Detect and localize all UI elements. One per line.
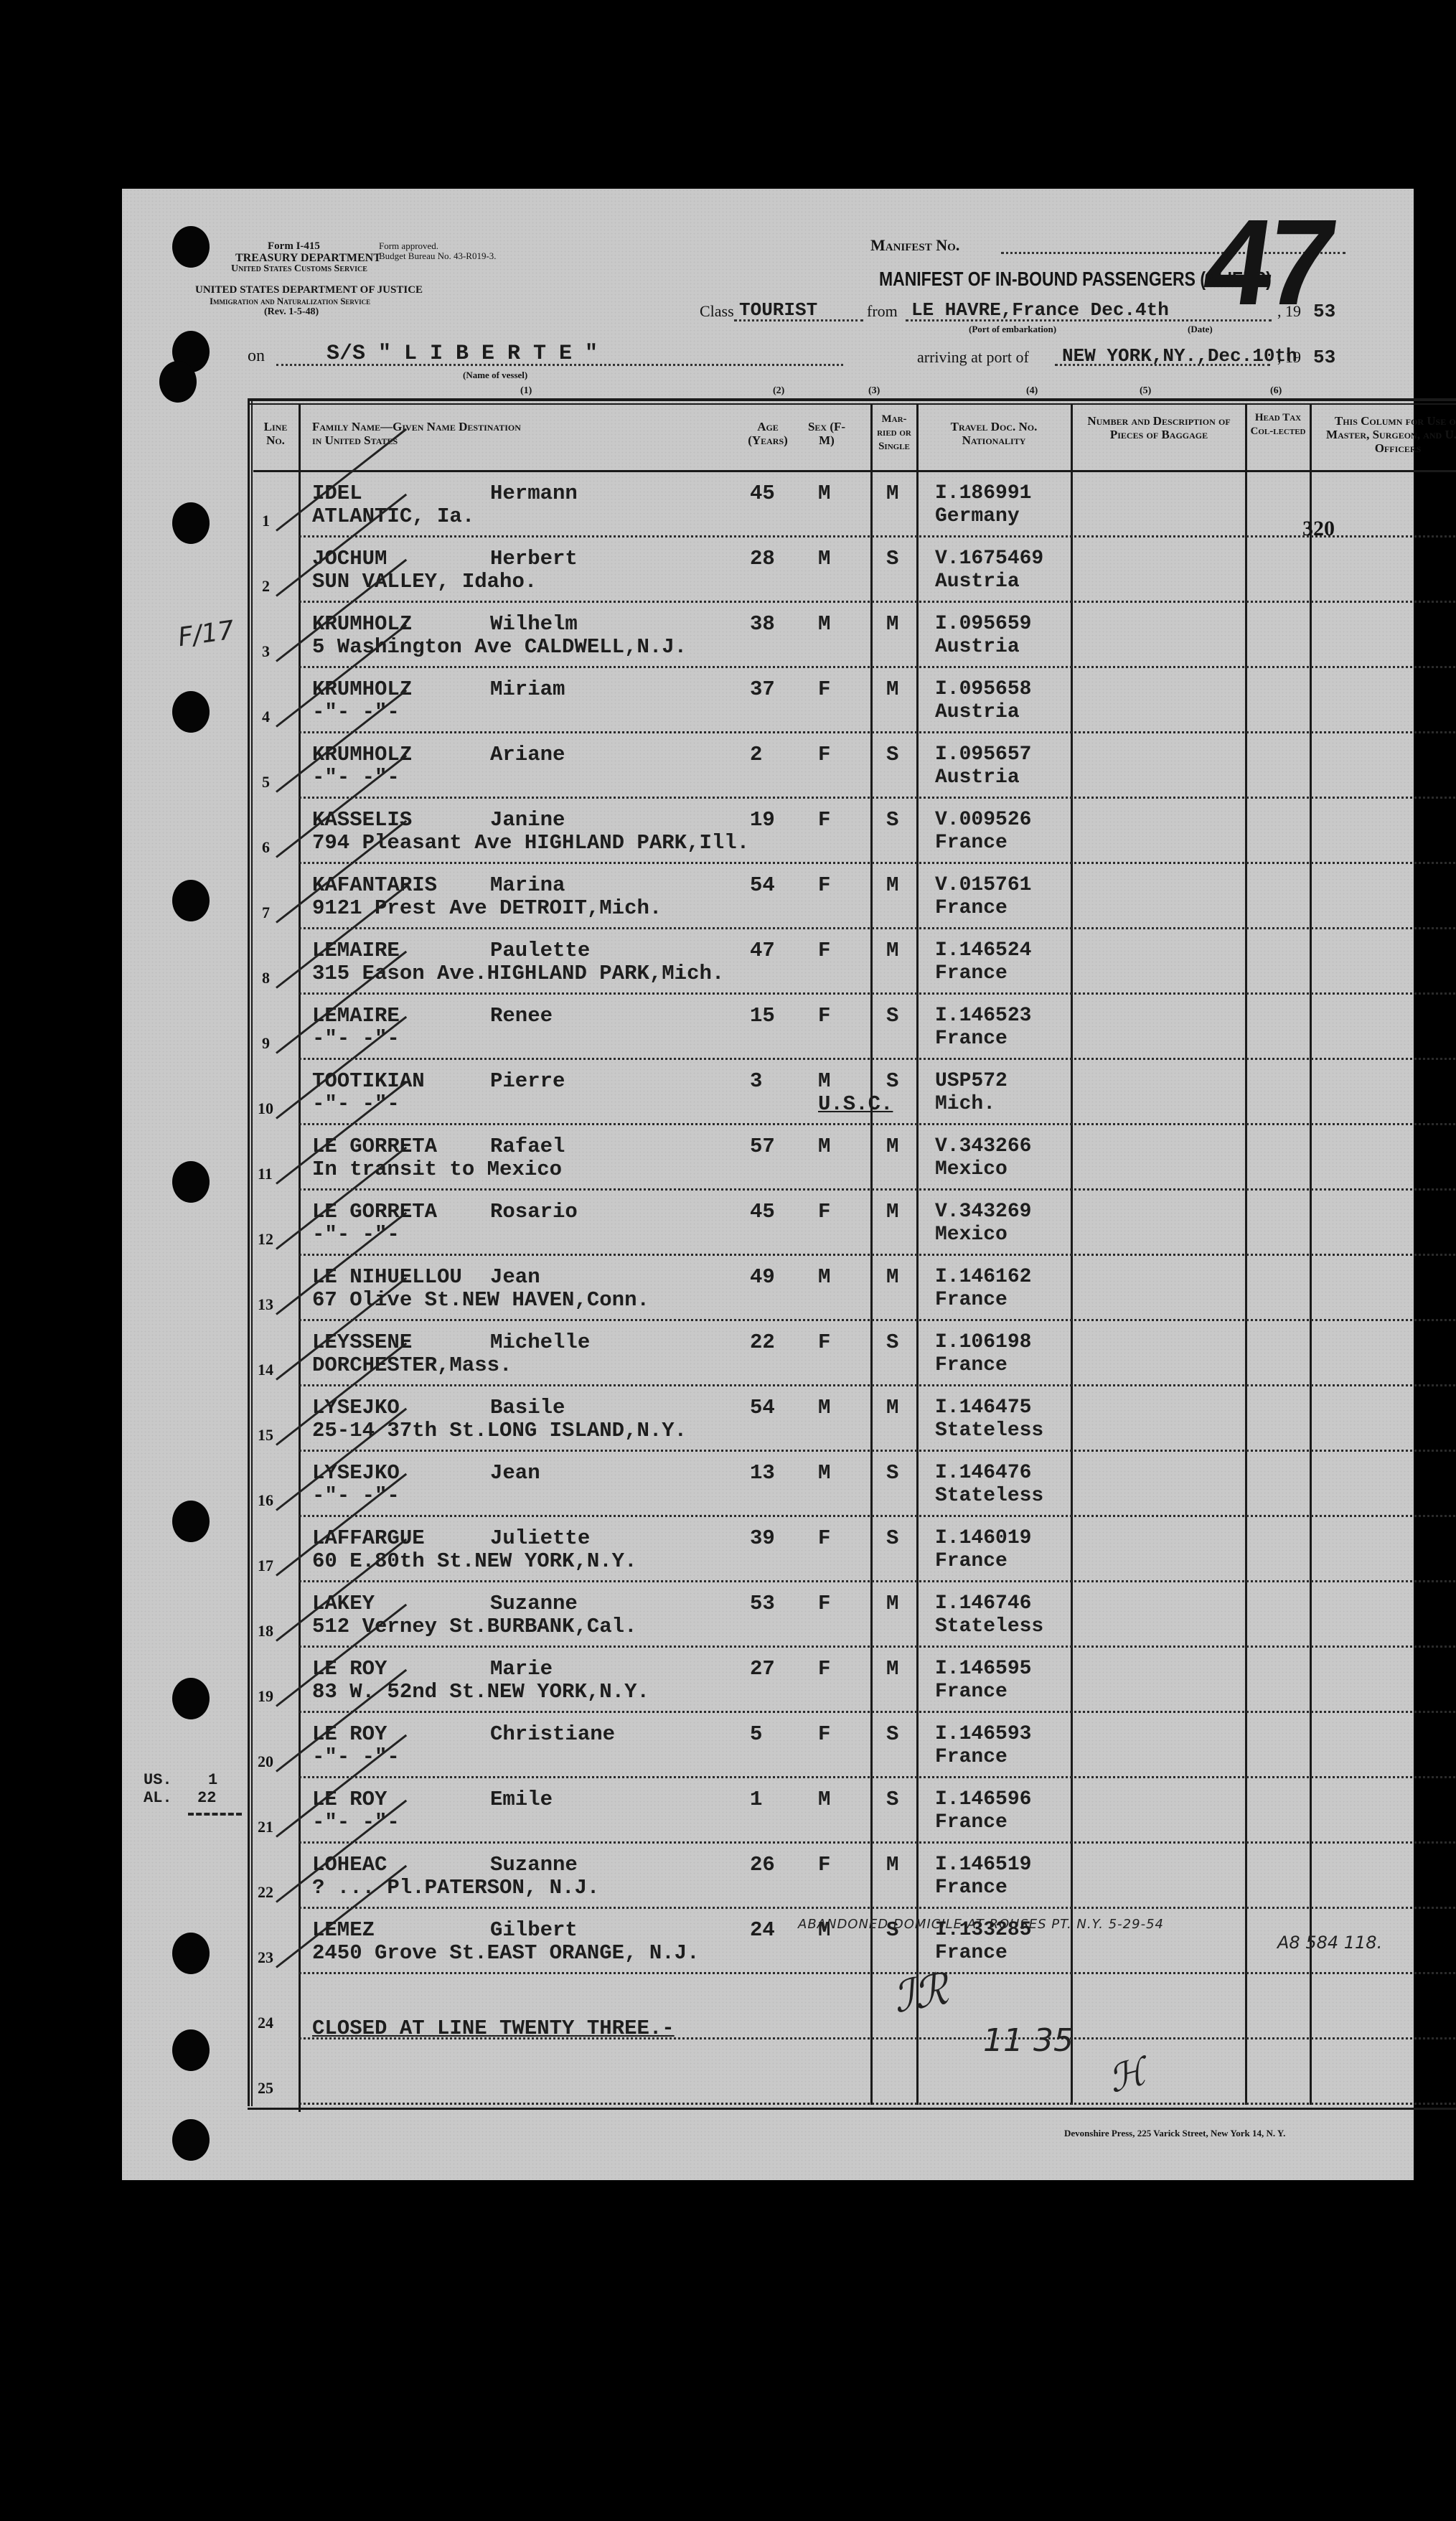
alien-registration-number: A8 584 118. [1277,1933,1382,1953]
binder-hole [172,1678,210,1719]
year-prefix-arrive: , 19 [1277,348,1301,367]
header-travel-doc: Travel Doc. No. Nationality [929,420,1058,447]
form-revision: (Rev. 1-5-48) [264,306,319,318]
manifest-no-label: Manifest No. [870,236,959,255]
line-number: 17 [258,1557,273,1575]
sex: F [818,809,830,831]
table-row: 19LE ROYMarie27FMI.14659583 W. 52nd St.N… [248,1648,1456,1713]
margin-file-number: F/17 [177,616,237,653]
sex: F [818,743,830,766]
line-number: 6 [262,838,270,857]
port-caption: (Port of embarkation) [969,324,1056,335]
sex: F [818,1592,830,1615]
given-name: Basile [490,1396,565,1419]
sex: F [818,939,830,962]
nationality: Austria [935,701,1020,723]
given-name: Herbert [490,548,578,570]
header-name-destination: Family Name—Given Name Destination in Un… [312,420,527,447]
header-sex: Sex (F-M) [802,420,852,447]
from-label: from [867,302,898,321]
line-number: 24 [258,2014,273,2032]
nationality: France [935,1746,1008,1768]
marital-status: M [886,1201,898,1223]
sex: F [818,874,830,896]
sex: M [818,1266,830,1288]
marital-status: M [886,678,898,700]
travel-doc-number: V.1675469 [935,548,1043,570]
form-number: Form I-415 [268,240,320,253]
given-name: Michelle [490,1331,590,1353]
inspector-signature: ℐℛ [890,1964,952,2023]
binder-hole [172,1933,210,1974]
class-label: Class [700,302,734,321]
officer-mark-320: 320 [1302,517,1335,541]
col-number-3: (3) [868,385,880,397]
travel-doc-number: USP572 [935,1070,1008,1092]
manifest-title: MANIFEST OF IN-BOUND PASSENGERS (ALIENS) [879,268,1272,291]
line-number: 25 [258,2079,273,2098]
age: 53 [750,1592,775,1615]
on-label: on [248,347,265,366]
age: 2 [750,743,762,766]
age: 27 [750,1658,775,1680]
table-row: 25 [248,2039,1456,2105]
age: 15 [750,1005,775,1027]
table-row: 9LEMAIRERenee15FSI.146523-"- -"-France [248,995,1456,1060]
binder-hole [172,502,210,544]
destination: ? ... Pl.PATERSON, N.J. [312,1877,599,1899]
binder-hole [172,2119,210,2161]
nationality: Mich. [935,1093,995,1115]
age: 26 [750,1854,775,1876]
marital-status: S [886,1005,898,1027]
year-arrive: 53 [1313,347,1335,368]
col-number-1: (1) [520,385,532,397]
age: 19 [750,809,775,831]
binder-hole [172,691,210,733]
marital-status: S [886,1462,898,1484]
nationality: Austria [935,571,1020,593]
age: 5 [750,1723,762,1745]
age: 45 [750,1201,775,1223]
age: 54 [750,1396,775,1419]
given-name: Marie [490,1658,553,1680]
destination: 512 Verney St.BURBANK,Cal. [312,1615,637,1638]
table-row: 24CLOSED AT LINE TWENTY THREE.- [248,1974,1456,2039]
travel-doc-number: I.095659 [935,613,1031,635]
age: 57 [750,1135,775,1158]
family-name: TOOTIKIAN [312,1070,425,1092]
vessel-caption: (Name of vessel) [463,370,527,381]
from-value: LE HAVRE,France Dec.4th [911,299,1169,321]
marital-status: S [886,548,898,570]
table-row: 21LE ROYEmile1MSI.146596-"- -"-France [248,1778,1456,1844]
col-number-4: (4) [1026,385,1038,397]
travel-doc-number: I.146162 [935,1266,1031,1288]
year-prefix-from: , 19 [1277,302,1301,321]
travel-doc-number: I.095657 [935,743,1031,766]
sex: M [818,613,830,635]
travel-doc-number: V.343266 [935,1135,1031,1158]
table-row: 3KRUMHOLZWilhelm38MMI.0956595 Washington… [248,603,1456,668]
table-row: 6KASSELISJanine19FSV.009526794 Pleasant … [248,799,1456,864]
age: 54 [750,874,775,896]
destination: 2450 Grove St.EAST ORANGE, N.J. [312,1942,700,1964]
given-name: Rosario [490,1201,578,1223]
given-name: Paulette [490,939,590,962]
sex: F [818,1854,830,1876]
marital-status: M [886,1266,898,1288]
binder-hole [172,2029,210,2071]
header-head-tax: Head Tax Col-lected [1248,411,1308,438]
table-row: 22LOHEACSuzanne26FMI.146519? ... Pl.PATE… [248,1844,1456,1909]
nationality: France [935,1681,1008,1703]
destination: ATLANTIC, Ia. [312,505,474,527]
marital-status: M [886,874,898,896]
sex: M [818,482,830,504]
stamp-us-label: US. [144,1771,172,1789]
sex: F [818,678,830,700]
line-number: 2 [262,577,270,596]
marital-status: M [886,613,898,635]
line-number: 11 [258,1165,273,1183]
sex: M [818,1462,830,1484]
header-baggage: Number and Description of Pieces of Bagg… [1076,414,1241,441]
table-row: 12LE GORRETARosario45FMV.343269-"- -"-Me… [248,1191,1456,1256]
marital-status: S [886,743,898,766]
col-number-5: (5) [1140,385,1151,397]
marital-status: M [886,1396,898,1419]
table-row: 20LE ROYChristiane5FSI.146593-"- -"-Fran… [248,1713,1456,1778]
stamp-al-count: 22 [197,1789,216,1807]
marital-status: M [886,1854,898,1876]
line-number: 15 [258,1426,273,1445]
given-name: Hermann [490,482,578,504]
nationality: France [935,962,1008,985]
header-age: Age (Years) [743,420,793,447]
sex: M [818,1788,830,1811]
destination: DORCHESTER,Mass. [312,1354,512,1376]
nationality: France [935,1028,1008,1050]
line-number: 10 [258,1099,273,1118]
marital-status: M [886,482,898,504]
table-row: 2JOCHUMHerbert28MSV.1675469SUN VALLEY, I… [248,537,1456,603]
table-row: 18LAKEYSuzanne53FMI.146746512 Verney St.… [248,1582,1456,1648]
table-row: 16LYSEJKOJean13MSI.146476-"- -"-Stateles… [248,1452,1456,1517]
travel-doc-number: I.186991 [935,482,1031,504]
nationality: France [935,1289,1008,1311]
travel-doc-number: I.146524 [935,939,1031,962]
sex: M [818,548,830,570]
nationality: Stateless [935,1419,1043,1442]
sex: F [818,1527,830,1549]
line-number: 9 [262,1034,270,1053]
marital-status: M [886,1658,898,1680]
nationality: France [935,1811,1008,1834]
sex: F [818,1201,830,1223]
travel-doc-number: I.146523 [935,1005,1031,1027]
binder-hole [172,226,210,268]
table-row: 4KRUMHOLZMiriam37FMI.095658-"- -"-Austri… [248,668,1456,733]
class-value: TOURIST [739,299,817,321]
given-name: Suzanne [490,1854,578,1876]
budget-bureau: Budget Bureau No. 43-R019-3. [379,250,497,262]
table-row: 1IDELHermann45MMI.186991ATLANTIC, Ia.Ger… [248,472,1456,537]
age: 13 [750,1462,775,1484]
line-number: 16 [258,1491,273,1510]
given-name: Pierre [490,1070,565,1092]
line-number: 12 [258,1230,273,1249]
sex: F [818,1658,830,1680]
line-number: 4 [262,708,270,726]
travel-doc-number: I.146595 [935,1658,1031,1680]
given-name: Gilbert [490,1919,578,1941]
given-name: Emile [490,1788,553,1811]
marital-status: S [886,1527,898,1549]
nationality: Mexico [935,1158,1008,1180]
line-number: 1 [262,512,270,530]
line-number: 8 [262,969,270,987]
arriving-label: arriving at port of [917,348,1029,367]
col-number-2: (2) [773,385,784,397]
given-name: Juliette [490,1527,590,1549]
line-number: 19 [258,1687,273,1706]
destination: 60 E.80th St.NEW YORK,N.Y. [312,1550,637,1572]
table-row: 8LEMAIREPaulette47FMI.146524315 Eason Av… [248,929,1456,995]
age: 39 [750,1527,775,1549]
line-number: 20 [258,1752,273,1771]
sex: M [818,1070,830,1092]
marital-status: M [886,1135,898,1158]
travel-doc-number: I.095658 [935,678,1031,700]
nationality: Germany [935,505,1020,527]
given-name: Jean [490,1266,540,1288]
table-row: 17LAFFARGUEJuliette39FSI.14601960 E.80th… [248,1517,1456,1582]
line-number: 5 [262,773,270,792]
nationality: Stateless [935,1485,1043,1507]
destination: 9121 Prest Ave DETROIT,Mich. [312,897,662,919]
customs-service: United States Customs Service [231,263,367,275]
given-name: Marina [490,874,565,896]
age: 28 [750,548,775,570]
stamp-underline [188,1813,242,1816]
family-name: LAFFARGUE [312,1527,425,1549]
marital-status: S [886,809,898,831]
sex: M [818,1396,830,1419]
age: 47 [750,939,775,962]
date-caption: (Date) [1188,324,1213,335]
table-row: 10TOOTIKIANPierre3MSUSP572-"- -"-Mich.U.… [248,1060,1456,1125]
line-number: 22 [258,1883,273,1902]
nationality: France [935,832,1008,854]
stamp-al-label: AL. [144,1789,172,1807]
signature-time: 11 35 [983,2022,1074,2059]
manifest-table: Line No. Family Name—Given Name Destinat… [248,398,1456,2121]
destination: 67 Olive St.NEW HAVEN,Conn. [312,1289,649,1311]
nationality: Mexico [935,1224,1008,1246]
travel-doc-number: I.146019 [935,1527,1031,1549]
age: 38 [750,613,775,635]
sex: F [818,1331,830,1353]
destination: SUN VALLEY, Idaho. [312,571,537,593]
given-name: Wilhelm [490,613,578,635]
age: 45 [750,482,775,504]
age: 3 [750,1070,762,1092]
header-officers: This Column for Use of Master, Surgeon, … [1315,414,1456,455]
marital-status: S [886,1723,898,1745]
given-name: Suzanne [490,1592,578,1615]
vessel-name: S/S " L I B E R T E " [327,342,598,366]
sex: M [818,1135,830,1158]
destination: In transit to Mexico [312,1158,562,1180]
nationality: France [935,1550,1008,1572]
nationality: Austria [935,636,1020,658]
travel-doc-number: V.343269 [935,1201,1031,1223]
line-number: 7 [262,903,270,922]
age: 37 [750,678,775,700]
marital-status: S [886,1788,898,1811]
age: 22 [750,1331,775,1353]
row-separator [299,2103,1456,2105]
citizenship-note: U.S.C. [818,1093,893,1115]
binder-hole [159,361,197,403]
nationality: France [935,897,1008,919]
table-row: 13LE NIHUELLOUJean49MMI.14616267 Olive S… [248,1256,1456,1321]
given-name: Janine [490,809,565,831]
age: 24 [750,1919,775,1941]
printer-imprint: Devonshire Press, 225 Varick Street, New… [1064,2128,1285,2139]
binder-hole [172,1501,210,1542]
line-number: 3 [262,642,270,661]
nationality: France [935,1877,1008,1899]
table-row: 5KRUMHOLZAriane2FSI.095657-"- -"-Austria [248,733,1456,799]
given-name: Miriam [490,678,565,700]
given-name: Renee [490,1005,553,1027]
col-number-6: (6) [1270,385,1282,397]
travel-doc-number: I.146746 [935,1592,1031,1615]
header-married-single: Mar-ried or Single [873,413,915,454]
marital-status: M [886,939,898,962]
table-row: 11LE GORRETARafael57MMV.343266In transit… [248,1125,1456,1191]
travel-doc-number: I.146596 [935,1788,1031,1811]
travel-doc-number: I.146475 [935,1396,1031,1419]
nationality: Stateless [935,1615,1043,1638]
line-number: 18 [258,1622,273,1640]
abandoned-domicile-note: ABANDONED DOMICILE AT ROUSES PT. N.Y. 5-… [798,1917,1164,1932]
travel-doc-number: V.015761 [935,874,1031,896]
sex: F [818,1005,830,1027]
destination: 315 Eason Ave.HIGHLAND PARK,Mich. [312,962,724,985]
table-row: 15LYSEJKOBasile54MMI.14647525-14 37th St… [248,1386,1456,1452]
sex: F [818,1723,830,1745]
header-line-no: Line No. [253,420,298,447]
marital-status: S [886,1070,898,1092]
given-name: Christiane [490,1723,615,1745]
binder-hole [172,880,210,921]
travel-doc-number: V.009526 [935,809,1031,831]
table-row: 7KAFANTARISMarina54FMV.0157619121 Prest … [248,864,1456,929]
travel-doc-number: I.146476 [935,1462,1031,1484]
travel-doc-number: I.146593 [935,1723,1031,1745]
age: 1 [750,1788,762,1811]
line-number: 23 [258,1948,273,1967]
destination: 83 W. 52nd St.NEW YORK,N.Y. [312,1681,649,1703]
given-name: Ariane [490,743,565,766]
given-name: Jean [490,1462,540,1484]
family-name: IDEL [312,482,362,504]
travel-doc-number: I.106198 [935,1331,1031,1353]
stamp-us-count: 1 [208,1771,217,1789]
line-number: 21 [258,1818,273,1836]
given-name: Rafael [490,1135,565,1158]
age: 49 [750,1266,775,1288]
nationality: France [935,1354,1008,1376]
travel-doc-number: I.146519 [935,1854,1031,1876]
table-row: 14LEYSSENEMichelle22FSI.106198DORCHESTER… [248,1321,1456,1386]
marital-status: M [886,1592,898,1615]
manifest-page: Form I-415 TREASURY DEPARTMENT United St… [122,189,1414,2180]
marital-status: S [886,1331,898,1353]
destination: CLOSED AT LINE TWENTY THREE.- [312,2017,675,2039]
line-number: 14 [258,1361,273,1379]
year-from: 53 [1313,301,1335,322]
ins-service: Immigration and Naturalization Service [210,296,370,307]
arriving-value: NEW YORK,NY.,Dec.10th [1062,345,1297,367]
nationality: France [935,1942,1008,1964]
nationality: Austria [935,766,1020,789]
line-number: 13 [258,1295,273,1314]
binder-hole [172,1161,210,1203]
justice-dept: UNITED STATES DEPARTMENT OF JUSTICE [195,284,423,296]
